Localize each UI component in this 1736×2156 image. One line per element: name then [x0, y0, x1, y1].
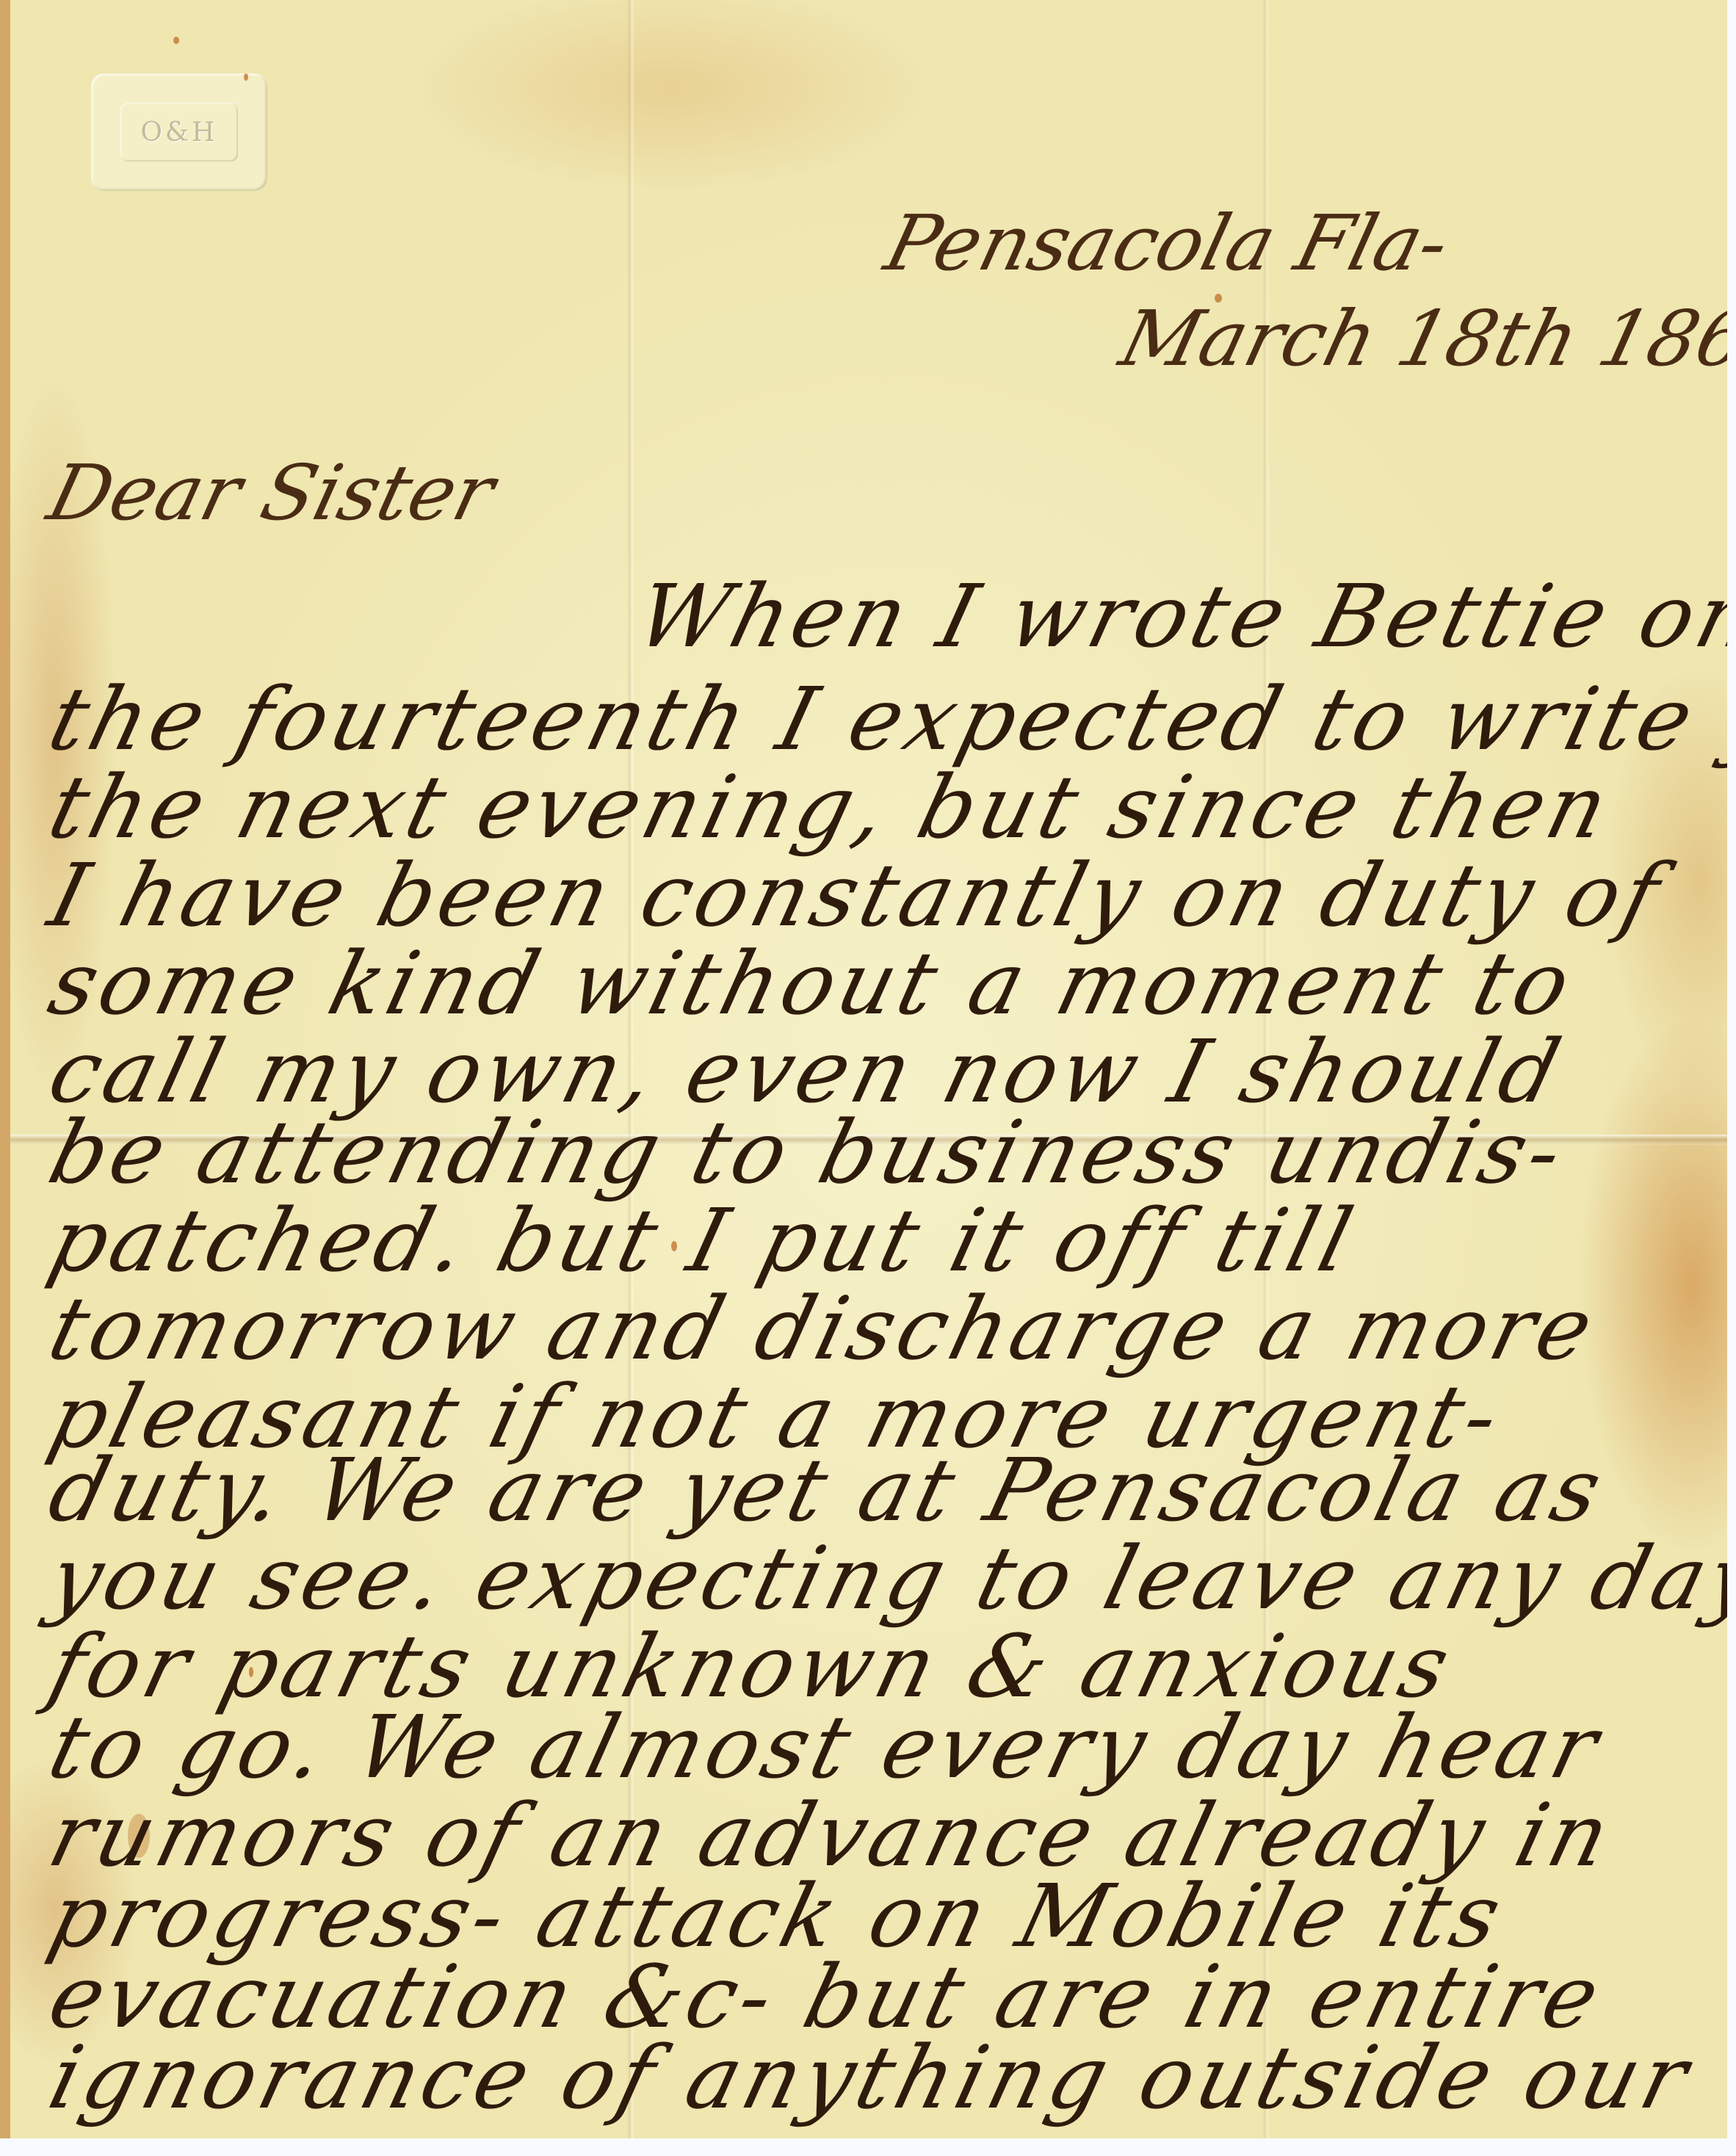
- letter-line-18: ignorance of anything outside our: [40, 2027, 1701, 2128]
- letter-line-11: duty. We are yet at Pensacola as: [40, 1439, 1616, 1541]
- letter-line-2: the fourteenth I expected to write you: [40, 668, 1727, 770]
- letter-line-1: When I wrote Bettie on: [627, 565, 1727, 667]
- letter-line-5: some kind without a moment to: [40, 933, 1585, 1034]
- salutation: Dear Sister: [40, 448, 503, 538]
- letter-line-7: be attending to business undis-: [40, 1101, 1577, 1203]
- letter-page: ​ O&H Pensacola Fla- March 18th 1865 Dea…: [0, 0, 1727, 2138]
- letter-line-14: to go. We almost every day hear: [40, 1696, 1612, 1798]
- letter-line-4: I have been constantly on duty of: [40, 844, 1674, 946]
- stamp-monogram: O&H: [120, 103, 238, 162]
- foxing-spot: [173, 37, 179, 44]
- letter-line-9: tomorrow and discharge a more: [40, 1278, 1607, 1379]
- place-heading: Pensacola Fla-: [877, 198, 1458, 288]
- embossed-stationer-stamp: O&H: [91, 73, 267, 191]
- letter-line-3: the next evening, but since then: [40, 756, 1622, 858]
- scan-margin: [0, 2138, 1736, 2156]
- foxing-spot: [244, 73, 248, 81]
- letter-line-12: you see. expecting to leave any day: [40, 1527, 1727, 1629]
- date-heading: March 18th 1865: [1112, 294, 1727, 383]
- letter-line-8: patched. but I put it off till: [40, 1190, 1366, 1291]
